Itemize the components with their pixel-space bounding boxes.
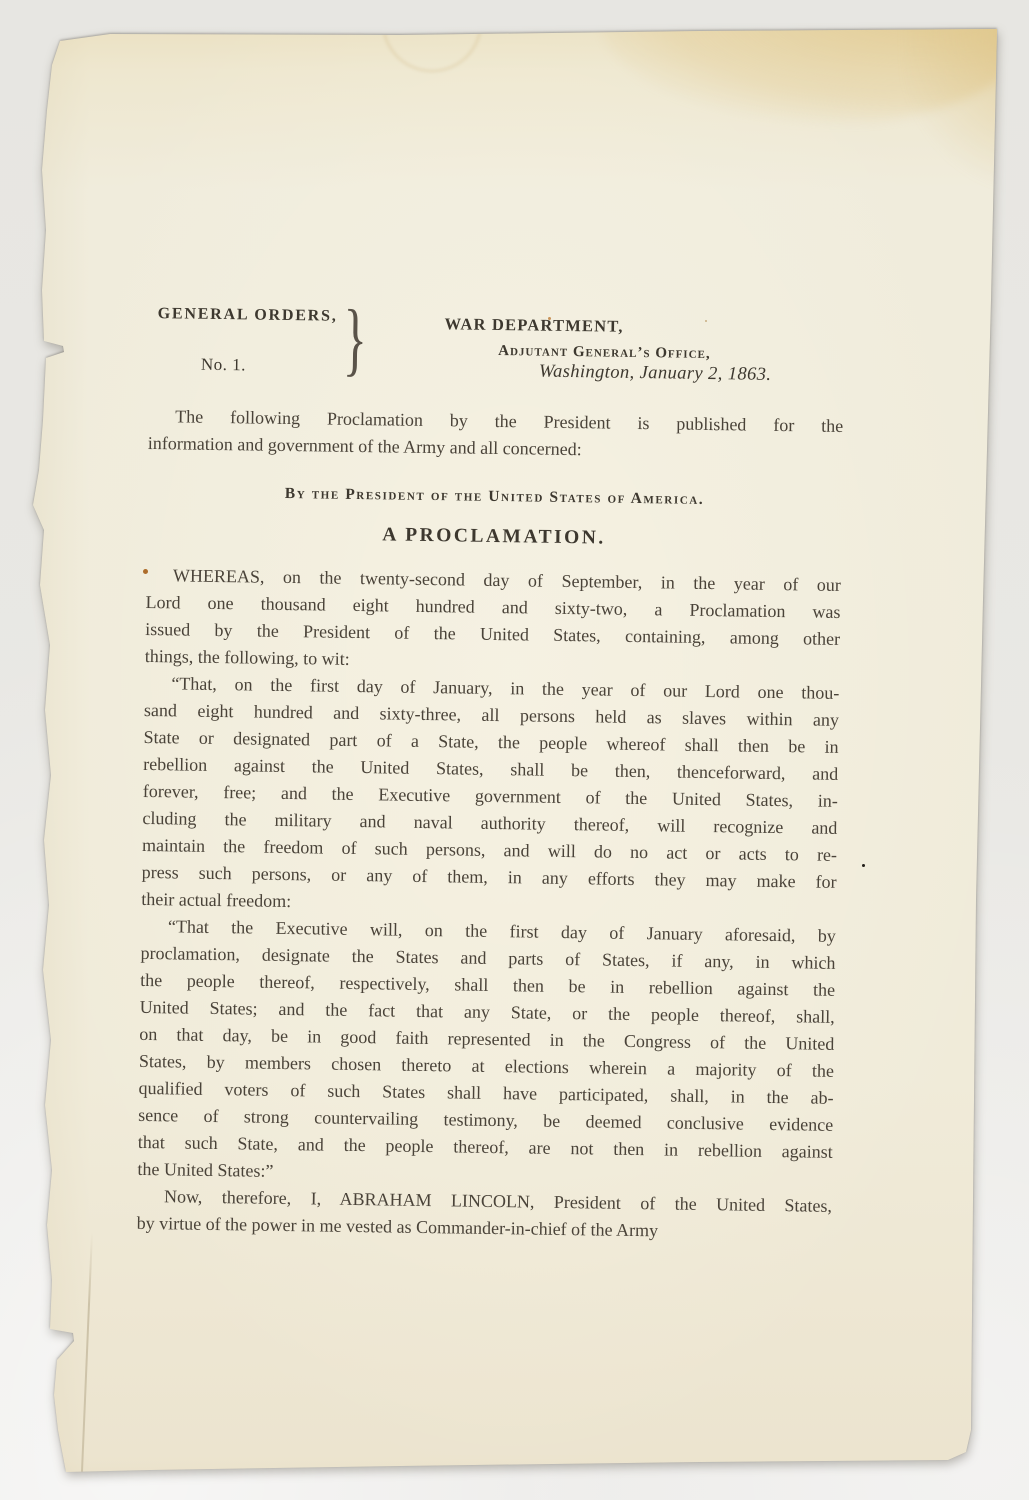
by-president-heading: By the President of the United States of…: [147, 478, 842, 515]
intro-paragraph: The following Proclamation by the Presid…: [148, 403, 844, 467]
printed-text-block: GENERAL ORDERS, No. 1. } WAR DEPARTMENT,…: [136, 292, 845, 1262]
water-stain-top-right: [600, 18, 1029, 123]
ink-speck: [862, 864, 865, 867]
brace-glyph: }: [343, 289, 368, 389]
water-stain-right-edge: [905, 20, 1029, 185]
paper-surface: GENERAL ORDERS, No. 1. } WAR DEPARTMENT,…: [0, 0, 1029, 1500]
paragraph-now-therefore: Now, therefore, I, ABRAHAM LINCOLN, Pres…: [136, 1183, 832, 1247]
order-header: GENERAL ORDERS, No. 1. } WAR DEPARTMENT,…: [149, 292, 845, 402]
paragraph-second-quote: “That the Executive will, on the first d…: [137, 913, 836, 1193]
war-department-label: WAR DEPARTMENT,: [444, 310, 623, 340]
general-orders-label: GENERAL ORDERS,: [157, 300, 337, 330]
photo-background: GENERAL ORDERS, No. 1. } WAR DEPARTMENT,…: [0, 0, 1029, 1500]
fold-crease: [81, 1232, 93, 1472]
order-number: No. 1.: [201, 351, 246, 379]
paragraph-whereas: WHEREAS, on the twenty-second day of Sep…: [145, 562, 841, 680]
proclamation-heading: A PROCLAMATION.: [146, 518, 841, 555]
proclamation-body: WHEREAS, on the twenty-second day of Sep…: [136, 562, 841, 1247]
paper-sheet: GENERAL ORDERS, No. 1. } WAR DEPARTMENT,…: [0, 0, 1029, 1500]
dateline: Washington, January 2, 1863.: [539, 359, 772, 389]
stain-ring-top-center: [382, 0, 482, 72]
paragraph-first-quote: “That, on the first day of January, in t…: [141, 670, 839, 923]
